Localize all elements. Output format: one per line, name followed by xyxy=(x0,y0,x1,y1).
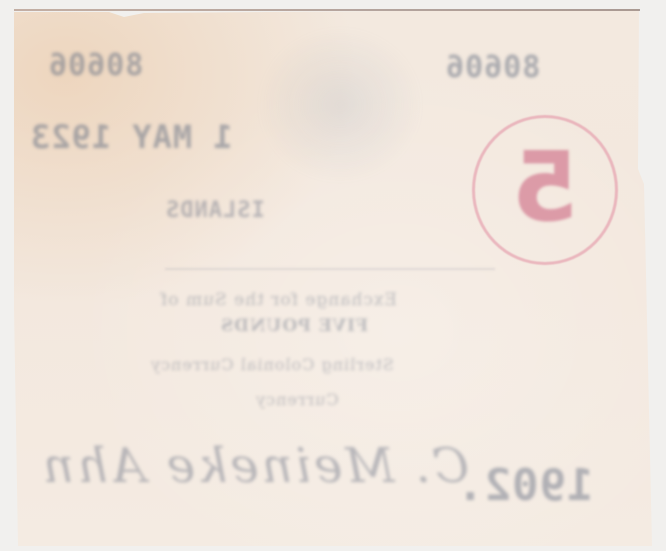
text-line-sterling: Sterling Colonial Currency xyxy=(150,355,394,374)
text-line-amount: FIVE POUNDS xyxy=(220,316,368,336)
divider-rule xyxy=(165,268,495,270)
red-circle-stamp: 5 xyxy=(472,115,618,265)
paper-top-edge xyxy=(14,9,640,11)
ordinance-year: 1902. xyxy=(456,460,593,511)
text-line-exchange: Exchange for the Sum of xyxy=(160,290,397,310)
signature: C. Meineke Ahn xyxy=(40,438,469,494)
stamp-value: 5 xyxy=(512,131,579,243)
serial-number-right: 80606 xyxy=(445,50,540,85)
text-line-currency: Currency xyxy=(255,390,339,409)
serial-number-left: 80606 xyxy=(48,48,143,83)
note-title: ISLANDS xyxy=(165,198,265,223)
issue-date: 1 MAY 1923 xyxy=(30,118,233,156)
crest-emblem-ghost xyxy=(250,20,430,190)
